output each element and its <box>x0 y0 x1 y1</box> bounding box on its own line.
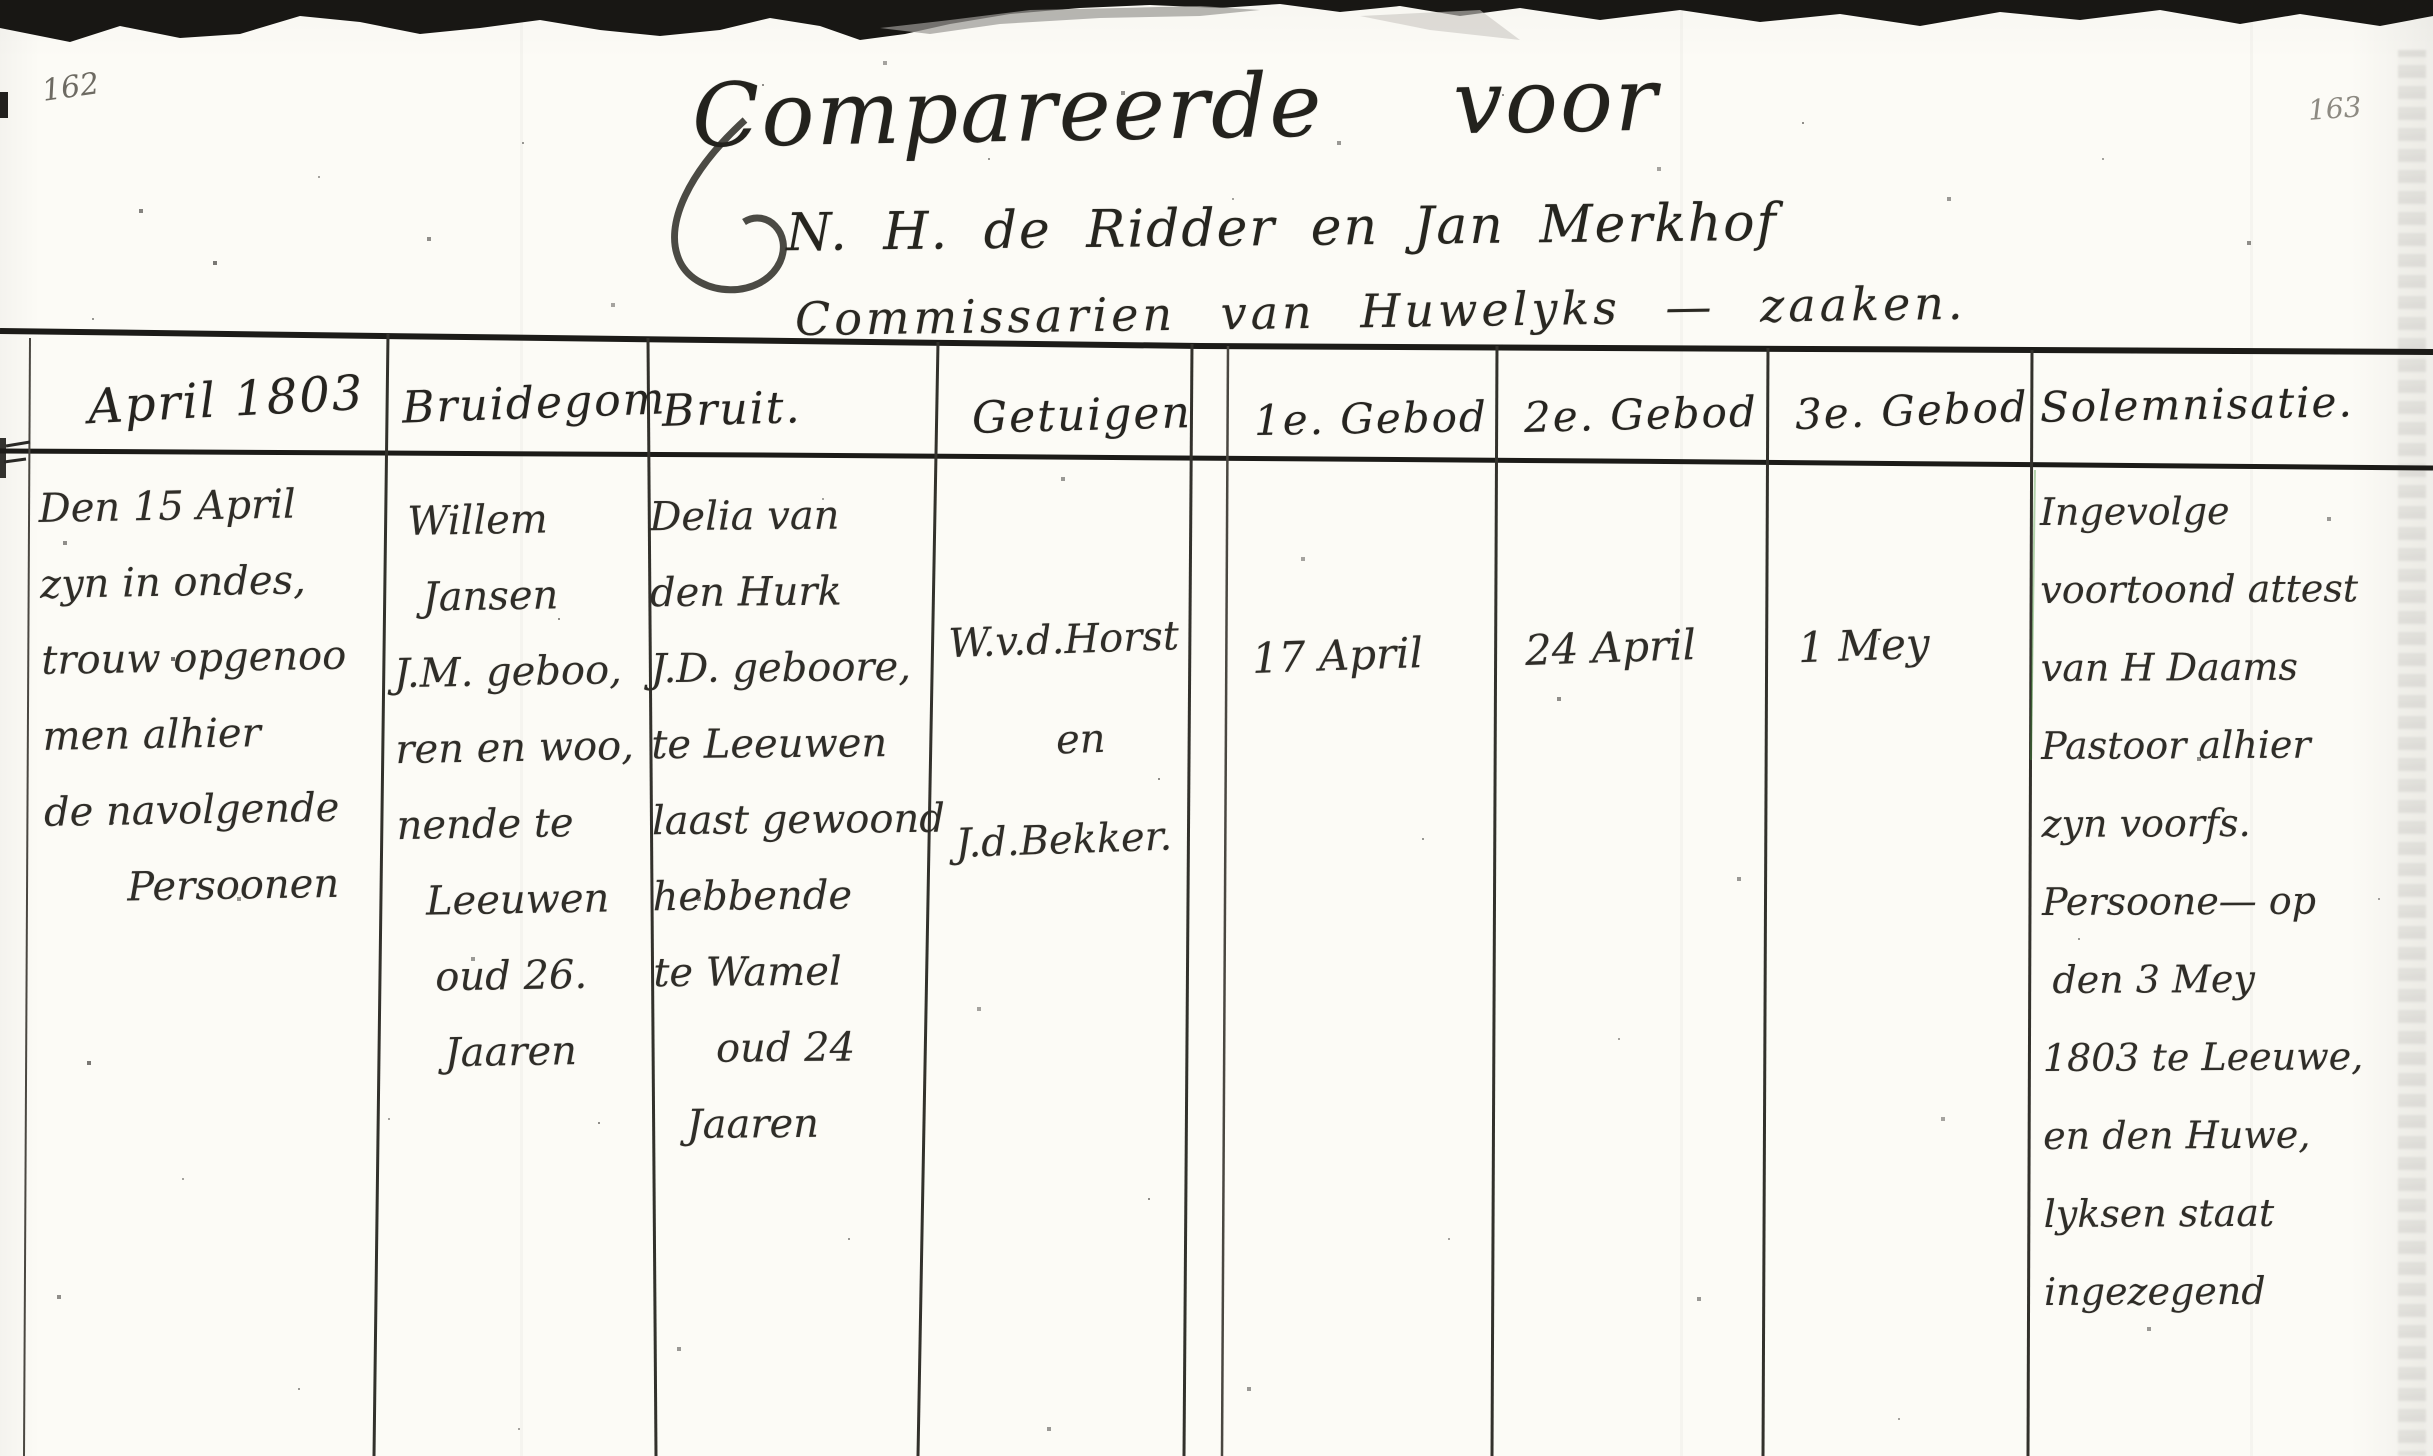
handwritten-line: Jaaren <box>654 1085 940 1163</box>
entry-first-banns-cell: 17 April <box>1251 615 1425 697</box>
handwritten-line: Pastoor alhier <box>2041 705 2426 785</box>
handwritten-line: te Leeuwen <box>651 705 937 783</box>
entry-groom-cell: WillemJansenJ.M. geboo,ren en woo,nende … <box>391 480 647 1092</box>
handwritten-line: de navolgende <box>43 769 379 851</box>
handwritten-line: men alhier <box>42 693 378 775</box>
handwritten-line: Persoone— op <box>2042 861 2427 941</box>
handwritten-line: voortoond attest <box>2040 549 2425 629</box>
entry-solemnization-cell: Ingevolgevoortoond attestvan H DaamsPast… <box>2040 471 2429 1331</box>
handwritten-line: Willem <box>391 480 637 560</box>
handwritten-line: Jaaren <box>400 1012 646 1092</box>
handwritten-line: Den 15 April <box>38 465 374 547</box>
torn-top-edge <box>0 0 2433 42</box>
handwritten-line: laast gewoond <box>652 781 938 859</box>
handwritten-line: te Wamel <box>653 933 939 1011</box>
column-header-groom: Bruidegom <box>401 373 667 433</box>
handwritten-line: J.M. geboo, <box>393 632 639 712</box>
column-header-solemnization: Solemnisatie. <box>2040 377 2355 431</box>
entry-second-banns-cell: 24 April <box>1524 607 1698 689</box>
handwritten-line: ren en woo, <box>395 708 641 788</box>
handwritten-line: en den Huwe, <box>2043 1095 2428 1175</box>
handwritten-line: J.d.Bekker. <box>954 786 1192 894</box>
entry-bride-cell: Delia vanden HurkJ.D. geboore,te Leeuwen… <box>649 477 940 1163</box>
entry-witnesses-cell: W.v.d.HorstenJ.d.Bekker. <box>947 586 1192 894</box>
handwritten-line: J.D. geboore, <box>650 629 936 707</box>
handwritten-line: den Hurk <box>650 553 936 631</box>
page-title: Compareerde voor <box>691 48 1660 168</box>
handwritten-line: van H Daams <box>2041 627 2426 707</box>
entry-third-banns-cell: 1 Mey <box>1797 606 1931 687</box>
officials-names: N. H. de Ridder en Jan Merkhof <box>786 193 1778 263</box>
officials-role: Commissarien van Huwelyks — zaaken. <box>795 276 1967 346</box>
handwritten-line: 1803 te Leeuwe, <box>2043 1017 2428 1097</box>
handwritten-line: hebbende <box>652 857 938 935</box>
handwritten-line: lyksen staat <box>2043 1173 2428 1253</box>
handwritten-line: Ingevolge <box>2040 471 2425 551</box>
register-page: 162 163 Compareerde voor N. H. de Ridder… <box>0 0 2433 1456</box>
handwritten-line: zyn in ondes, <box>39 541 375 623</box>
handwritten-line: oud 26. <box>399 936 645 1016</box>
page-number-left: 162 <box>40 66 102 109</box>
handwritten-line: den 3 Mey <box>2042 939 2427 1019</box>
handwritten-line: Jansen <box>392 556 638 636</box>
column-header-witnesses: Getuigen <box>971 387 1192 444</box>
column-header-date: April 1803 <box>87 365 366 435</box>
column-header-third-banns: 3e. Gebod <box>1794 382 2029 439</box>
handwritten-line: ingezegend <box>2044 1251 2429 1331</box>
handwritten-line: Persoonen <box>45 845 381 927</box>
handwritten-line: W.v.d.Horst <box>947 586 1185 694</box>
page-number-right: 163 <box>2307 90 2363 127</box>
column-header-second-banns: 2e. Gebod <box>1523 387 1758 442</box>
scan-speckles <box>0 0 2 2</box>
column-header-first-banns: 1e. Gebod <box>1254 392 1489 445</box>
entry-date-cell: Den 15 Aprilzyn in ondes,trouw opgenoome… <box>38 465 381 927</box>
handwritten-line: Leeuwen <box>397 860 643 940</box>
handwritten-line: oud 24 <box>654 1009 940 1087</box>
handwritten-line: Delia van <box>649 477 935 555</box>
handwritten-line: nende te <box>396 784 642 864</box>
handwritten-line: zyn voorfs. <box>2041 783 2426 863</box>
handwritten-line: trouw opgenoo <box>41 617 377 699</box>
handwritten-line: en <box>950 686 1188 794</box>
column-header-bride: Bruit. <box>661 382 802 437</box>
